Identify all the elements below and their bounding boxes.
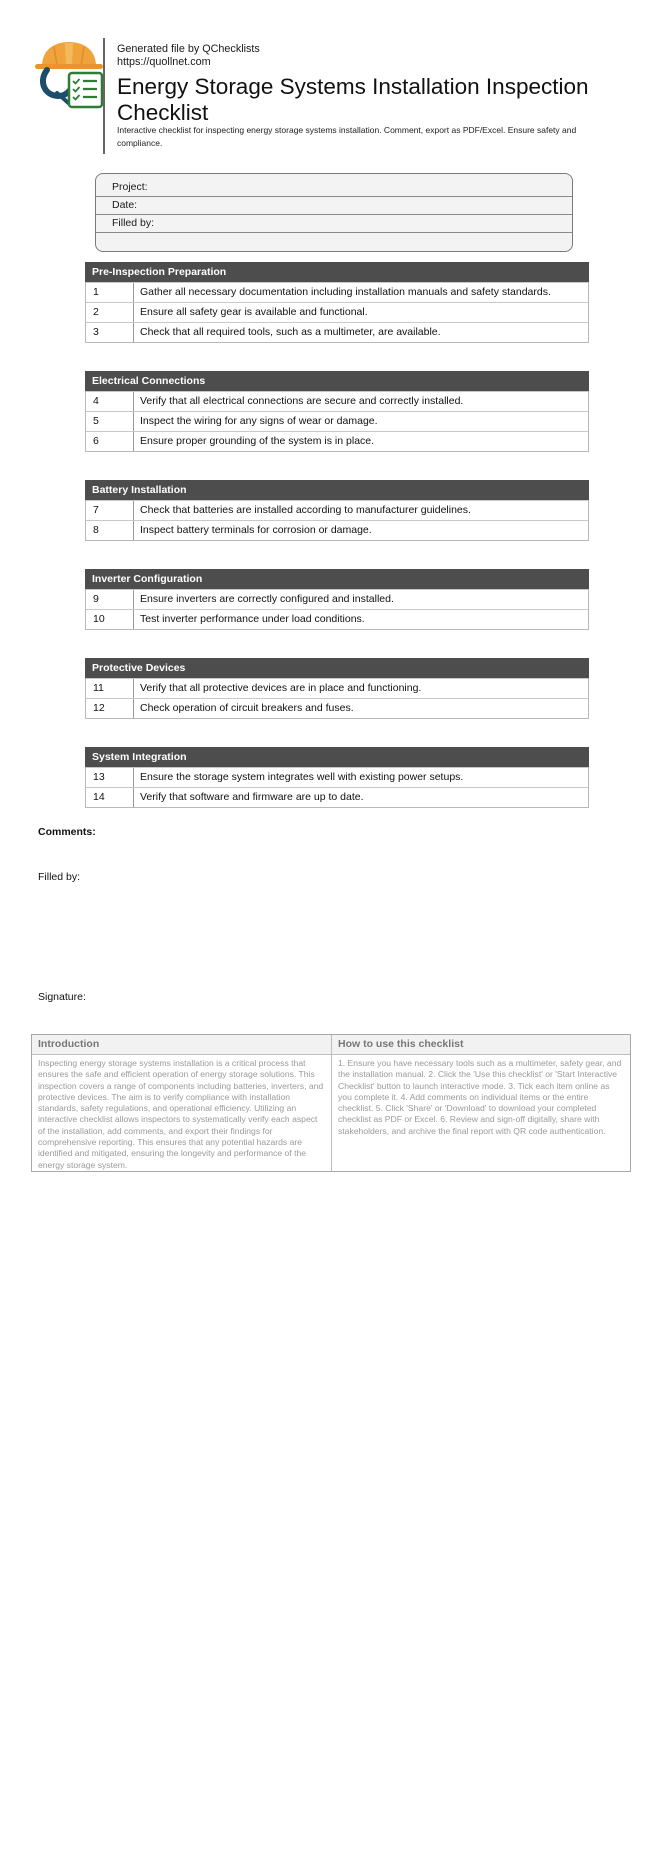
checklist-row: 8 Inspect battery terminals for corrosio…: [86, 520, 588, 540]
checklist-row: 5 Inspect the wiring for any signs of we…: [86, 411, 588, 431]
item-text: Ensure the storage system integrates wel…: [134, 768, 463, 787]
source-url-link[interactable]: https://quollnet.com: [117, 56, 607, 69]
item-text: Verify that software and firmware are up…: [134, 788, 364, 807]
document-description: Interactive checklist for inspecting ene…: [117, 124, 607, 150]
comments-label: Comments:: [38, 825, 96, 839]
introduction-column: Introduction Inspecting energy storage s…: [32, 1035, 331, 1171]
item-text: Gather all necessary documentation inclu…: [134, 283, 551, 302]
item-text: Test inverter performance under load con…: [134, 610, 365, 629]
item-number: 7: [86, 501, 134, 520]
section-title: Pre-Inspection Preparation: [85, 262, 589, 282]
item-number: 14: [86, 788, 134, 807]
introduction-heading: Introduction: [32, 1035, 331, 1055]
project-field[interactable]: Project:: [96, 179, 572, 197]
checklist-row: 7 Check that batteries are installed acc…: [86, 500, 588, 520]
item-number: 6: [86, 432, 134, 451]
page-title: Energy Storage Systems Installation Insp…: [117, 74, 597, 126]
item-number: 4: [86, 392, 134, 411]
section-title: System Integration: [85, 747, 589, 767]
section-title: Battery Installation: [85, 480, 589, 500]
item-text: Inspect the wiring for any signs of wear…: [134, 412, 378, 431]
checklist-row: 13 Ensure the storage system integrates …: [86, 767, 588, 787]
document-info-box: Project: Date: Filled by:: [95, 173, 573, 252]
checklist-row: 2 Ensure all safety gear is available an…: [86, 302, 588, 322]
section-pre-inspection-preparation: Pre-Inspection Preparation 1 Gather all …: [85, 262, 589, 343]
item-number: 8: [86, 521, 134, 540]
item-number: 5: [86, 412, 134, 431]
filled-by-field[interactable]: Filled by:: [96, 215, 572, 233]
extra-field[interactable]: [96, 233, 572, 251]
hard-hat-checklist-logo-icon: [30, 36, 106, 112]
item-text: Ensure proper grounding of the system is…: [134, 432, 374, 451]
signature-label: Signature:: [38, 990, 86, 1004]
how-to-column: How to use this checklist 1. Ensure you …: [331, 1035, 630, 1171]
item-number: 11: [86, 679, 134, 698]
section-title: Electrical Connections: [85, 371, 589, 391]
item-number: 1: [86, 283, 134, 302]
section-title: Inverter Configuration: [85, 569, 589, 589]
header-divider: [103, 38, 105, 154]
intro-howto-table: Introduction Inspecting energy storage s…: [31, 1034, 631, 1172]
item-number: 2: [86, 303, 134, 322]
document-header: Generated file by QChecklists https://qu…: [117, 43, 607, 150]
item-number: 9: [86, 590, 134, 609]
section-inverter-configuration: Inverter Configuration 9 Ensure inverter…: [85, 569, 589, 630]
item-text: Check that batteries are installed accor…: [134, 501, 471, 520]
generated-by-text: Generated file by QChecklists: [117, 43, 607, 56]
item-text: Check that all required tools, such as a…: [134, 323, 441, 342]
item-number: 10: [86, 610, 134, 629]
checklist-row: 10 Test inverter performance under load …: [86, 609, 588, 629]
item-text: Verify that all protective devices are i…: [134, 679, 421, 698]
checklist-row: 9 Ensure inverters are correctly configu…: [86, 589, 588, 609]
checklist-row: 6 Ensure proper grounding of the system …: [86, 431, 588, 451]
date-field[interactable]: Date:: [96, 197, 572, 215]
how-to-body: 1. Ensure you have necessary tools such …: [332, 1055, 630, 1137]
how-to-heading: How to use this checklist: [332, 1035, 630, 1055]
item-text: Ensure inverters are correctly configure…: [134, 590, 394, 609]
checklist-row: 1 Gather all necessary documentation inc…: [86, 282, 588, 302]
section-battery-installation: Battery Installation 7 Check that batter…: [85, 480, 589, 541]
introduction-body: Inspecting energy storage systems instal…: [32, 1055, 331, 1171]
item-text: Ensure all safety gear is available and …: [134, 303, 368, 322]
checklist-row: 14 Verify that software and firmware are…: [86, 787, 588, 807]
section-protective-devices: Protective Devices 11 Verify that all pr…: [85, 658, 589, 719]
section-system-integration: System Integration 13 Ensure the storage…: [85, 747, 589, 808]
section-title: Protective Devices: [85, 658, 589, 678]
item-text: Check operation of circuit breakers and …: [134, 699, 354, 718]
checklist-row: 4 Verify that all electrical connections…: [86, 391, 588, 411]
item-text: Verify that all electrical connections a…: [134, 392, 463, 411]
checklist-row: 3 Check that all required tools, such as…: [86, 322, 588, 342]
filled-by-label: Filled by:: [38, 870, 80, 884]
checklist-sections: Pre-Inspection Preparation 1 Gather all …: [85, 262, 589, 836]
item-text: Inspect battery terminals for corrosion …: [134, 521, 372, 540]
item-number: 3: [86, 323, 134, 342]
checklist-row: 11 Verify that all protective devices ar…: [86, 678, 588, 698]
item-number: 13: [86, 768, 134, 787]
section-electrical-connections: Electrical Connections 4 Verify that all…: [85, 371, 589, 452]
item-number: 12: [86, 699, 134, 718]
checklist-row: 12 Check operation of circuit breakers a…: [86, 698, 588, 718]
